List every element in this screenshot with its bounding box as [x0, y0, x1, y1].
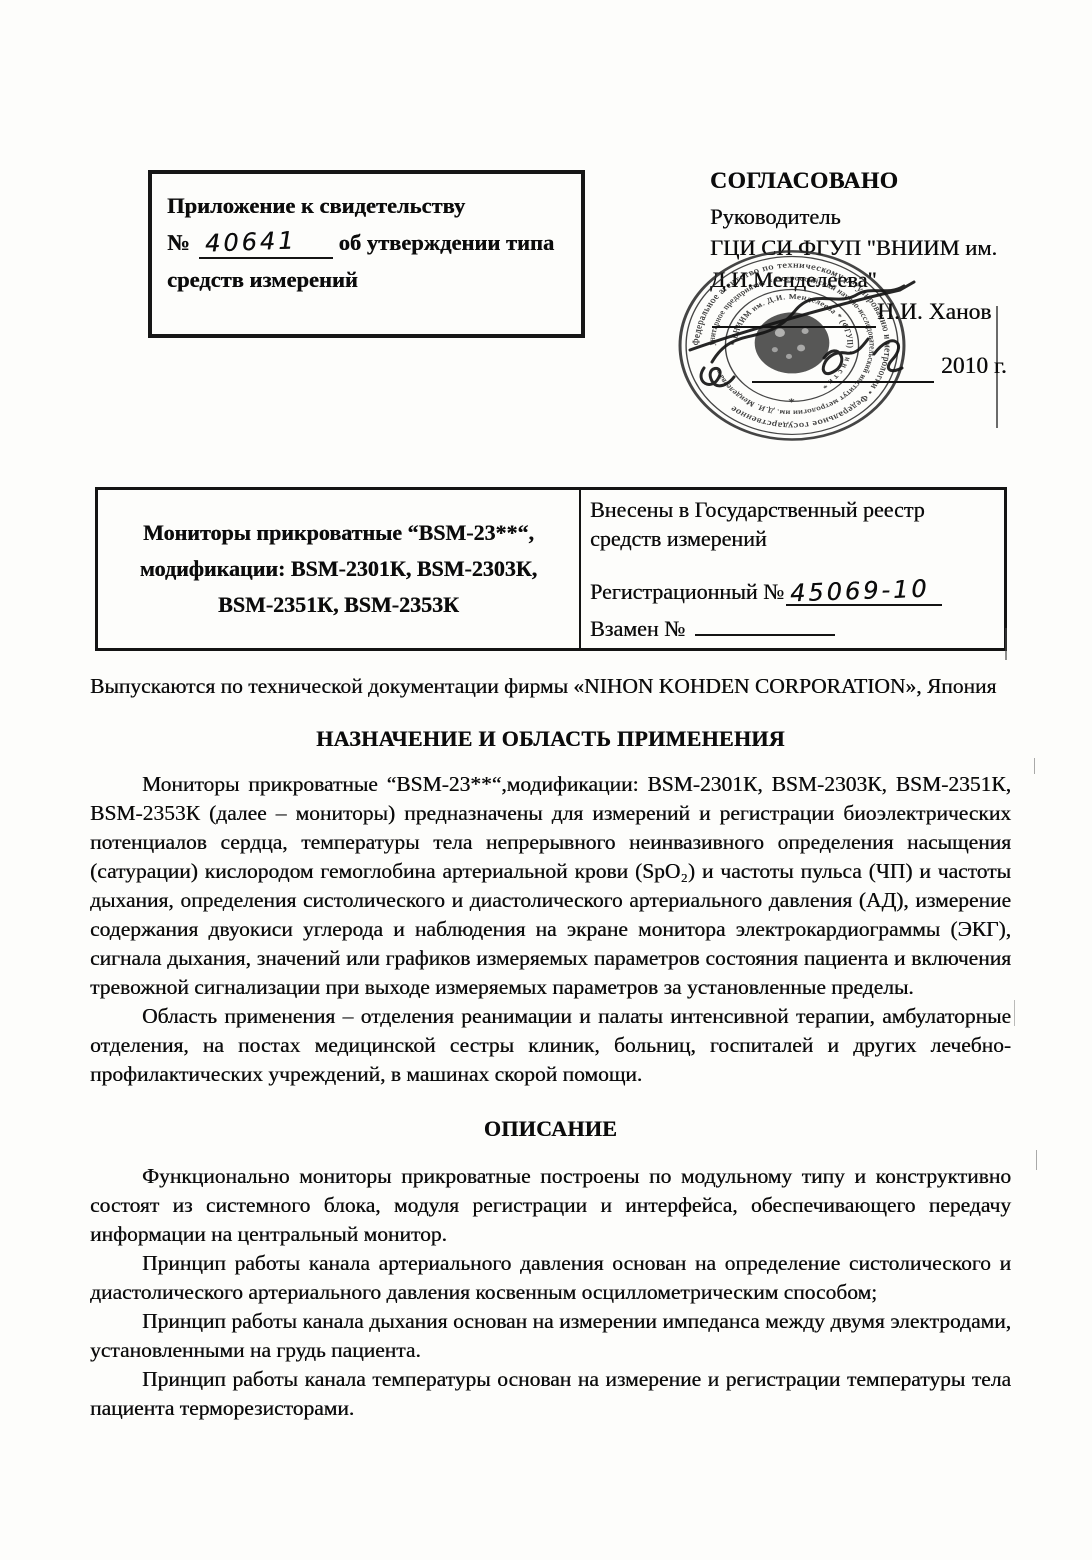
device-name-line-1: Мониторы прикроватные “BSM-23**“,	[98, 515, 579, 551]
certificate-line-2: № 40641об утверждении типа	[167, 224, 571, 261]
description-section-heading: ОПИСАНИЕ	[90, 1114, 1011, 1143]
description-paragraph-2: Принцип работы канала артериального давл…	[90, 1249, 1011, 1307]
device-name-cell: Мониторы прикроватные “BSM-23**“, модифи…	[98, 490, 581, 648]
purpose-paragraph-1: Мониторы прикроватные “BSM-23**“,модифик…	[90, 770, 1011, 1002]
certificate-number-handwritten: 40641	[205, 227, 297, 256]
scan-artifact-line-2	[1005, 628, 1007, 660]
certificate-number-label: №	[167, 230, 190, 255]
approval-year: 2010 г.	[941, 353, 1007, 380]
purpose-paragraph-2: Область применения – отделения реанимаци…	[90, 1002, 1011, 1089]
document-page: Приложение к свидетельству № 40641об утв…	[0, 0, 1092, 1560]
registry-entered-line-1: Внесены в Государственный реестр	[590, 495, 998, 524]
description-paragraph-1: Функционально мониторы прикроватные пост…	[90, 1162, 1011, 1249]
replaces-number-blank	[695, 611, 835, 636]
replaces-number-label: Взамен №	[590, 616, 685, 641]
registry-table: Мониторы прикроватные “BSM-23**“, модифи…	[95, 487, 1007, 651]
approval-role: Руководитель	[710, 201, 1020, 233]
registration-number-handwritten: 45069-10	[790, 577, 930, 606]
signer-name: Н.И. Ханов	[877, 299, 991, 326]
certificate-number-underline: 40641	[199, 229, 332, 259]
approval-title: СОГЛАСОВАНО	[710, 166, 1020, 198]
device-name-line-3: BSM-2351К, BSM-2353К	[98, 587, 579, 623]
registry-entered-line-2: средств измерений	[590, 524, 998, 553]
scan-artifact-tick-1	[1034, 758, 1035, 774]
registration-number-label: Регистрационный №	[590, 579, 784, 604]
certificate-line-2-rest: об утверждении типа	[339, 230, 555, 255]
registration-number-underline: 45069-10	[786, 579, 942, 606]
document-body: Выпускаются по технической документации …	[90, 672, 1011, 1423]
certificate-line-3: средств измерений	[167, 261, 571, 298]
registry-entry-cell: Внесены в Государственный реестр средств…	[581, 490, 1004, 648]
manufacturer-note: Выпускаются по технической документации …	[90, 672, 1011, 701]
certificate-line-1: Приложение к свидетельству	[167, 187, 571, 224]
replaces-number-row: Взамен №	[590, 611, 998, 643]
description-paragraph-3: Принцип работы канала дыхания основан на…	[90, 1307, 1011, 1365]
purpose-section-heading: НАЗНАЧЕНИЕ И ОБЛАСТЬ ПРИМЕНЕНИЯ	[90, 724, 1011, 753]
certificate-appendix-box: Приложение к свидетельству № 40641об утв…	[148, 170, 585, 338]
signature-line	[712, 326, 876, 328]
date-line	[752, 381, 934, 383]
registration-number-row: Регистрационный №45069-10	[590, 577, 998, 606]
device-name-line-2: модификации: BSM-2301К, BSM-2303К,	[98, 551, 579, 587]
scan-artifact-tick-3	[1014, 1000, 1015, 1026]
description-paragraph-4: Принцип работы канала температуры основа…	[90, 1365, 1011, 1423]
signature	[652, 250, 972, 425]
scan-artifact-tick-2	[1036, 1150, 1037, 1170]
